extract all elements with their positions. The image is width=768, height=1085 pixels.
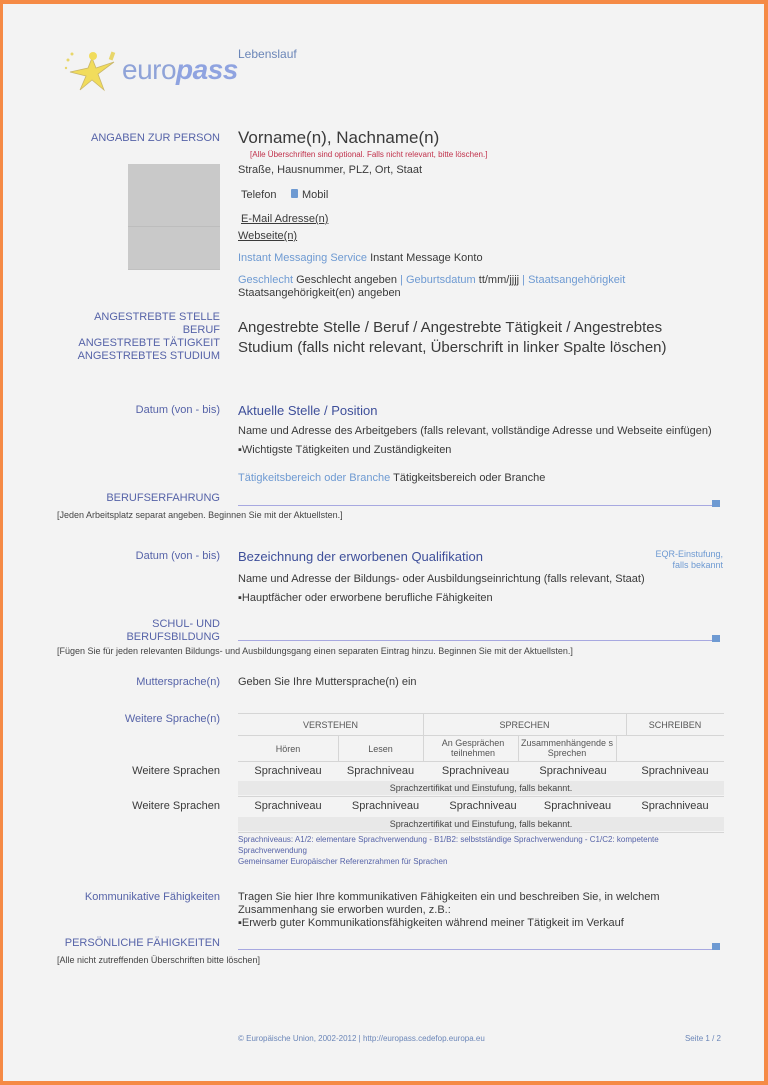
optional-note: [Alle Überschriften sind optional. Falls… [250,150,487,159]
target-line-1: Angestrebte Stelle / Beruf / Angestrebte… [238,318,667,338]
experience-bullet: ▪Wichtigste Tätigkeiten und Zuständigkei… [238,444,451,457]
education-label-1: SCHUL- UND [126,618,220,631]
level-listening[interactable]: Sprachniveau [238,800,338,812]
gender-label: Geschlecht [238,274,293,286]
education-label-2: BERUFSBILDUNG [126,631,220,644]
communication-line-2: Zusammenhang sie erworben wurden, z.B.: [238,904,660,917]
page-number: Seite 1 / 2 [685,1034,721,1043]
education-bullet: ▪Hauptfächer oder erworbene berufliche F… [238,592,493,605]
europass-logo: europass [60,42,230,98]
language-row-label: Weitere Sprachen [132,800,220,813]
target-position: Angestrebte Stelle / Beruf / Angestrebte… [238,318,667,358]
section-marker-icon [712,635,720,642]
sector-value: Tätigkeitsbereich oder Branche [393,472,545,484]
header-writing: SCHREIBEN [626,720,724,730]
subheader-production: Zusammenhängende s Sprechen [520,738,614,758]
address: Straße, Hausnummer, PLZ, Ort, Staat [238,164,422,177]
table-rule [616,735,617,761]
level-reading[interactable]: Sprachniveau [338,765,423,777]
table-rule [238,761,724,762]
target-line-2: Studium (falls nicht relevant, Überschri… [238,338,667,358]
communication-text: Tragen Sie hier Ihre kommunikativen Fähi… [238,891,660,930]
section-label-target: ANGESTREBTE STELLE BERUF ANGESTREBTE TÄT… [78,311,220,363]
footer-copyright[interactable]: © Europäische Union, 2002-2012 | http://… [238,1034,485,1043]
person-name: Vorname(n), Nachname(n) [238,128,439,148]
education-date: Datum (von - bis) [136,550,220,563]
level-reading[interactable]: Sprachniveau [338,800,433,812]
language-certificate: Sprachzertifikat und Einstufung, falls b… [238,781,724,795]
section-marker-icon [712,500,720,507]
communication-bullet: ▪Erwerb guter Kommunikationsfähigkeiten … [238,917,660,930]
im-label: Instant Messaging Service [238,252,367,264]
language-certificate: Sprachzertifikat und Einstufung, falls b… [238,817,724,831]
nationality-label: Staatsangehörigkeit [528,274,625,286]
legend-line-1: Sprachniveaus: A1/2: elementare Sprachve… [238,834,659,845]
mother-tongue-value: Geben Sie Ihre Muttersprache(n) ein [238,676,417,689]
institution: Name und Adresse der Bildungs- oder Ausb… [238,573,645,586]
header-speaking: SPRECHEN [423,720,626,730]
skills-hint: [Alle nicht zutreffenden Überschriften b… [57,955,260,965]
section-divider [238,949,714,950]
im-value: Instant Message Konto [370,252,483,264]
experience-date: Datum (von - bis) [136,404,220,417]
nationality-value: Staatsangehörigkeit(en) angeben [238,287,401,300]
photo-placeholder[interactable] [128,164,220,270]
other-languages-label: Weitere Sprache(n) [125,713,220,726]
target-label-1: ANGESTREBTE STELLE [78,311,220,324]
target-label-4: ANGESTREBTES STUDIUM [78,350,220,363]
level-interaction[interactable]: Sprachniveau [428,765,523,777]
communication-line-1: Tragen Sie hier Ihre kommunikativen Fähi… [238,891,660,904]
target-label-3: ANGESTREBTE TÄTIGKEIT [78,337,220,350]
subheader-reading: Lesen [338,744,423,754]
birthdate-value: tt/mm/jjjj [479,274,519,286]
section-label-experience: BERUFSERFAHRUNG [106,492,220,505]
personal-details-row: Geschlecht Geschlecht angeben | Geburtsd… [238,274,625,287]
separator: | [522,274,525,286]
mobile-phone-icon [291,189,298,198]
level-production[interactable]: Sprachniveau [530,800,625,812]
eqr-level: EQR-Einstufung, falls bekannt [655,549,723,571]
level-listening[interactable]: Sprachniveau [238,765,338,777]
eqr-line-1: EQR-Einstufung, [655,549,723,560]
cefr-link[interactable]: Gemeinsamer Europäischer Referenzrahmen … [238,856,659,867]
section-label-skills: PERSÖNLICHE FÄHIGKEITEN [65,937,220,950]
mobile-label: Mobil [302,189,328,202]
table-rule [238,832,724,833]
header-understanding: VERSTEHEN [238,720,423,730]
phone-label: Telefon [241,189,276,202]
section-divider [238,505,714,506]
table-rule [238,735,724,736]
email-link[interactable]: E-Mail Adresse(n) [241,213,328,226]
target-label-2: BERUF [78,324,220,337]
language-row-label: Weitere Sprachen [132,765,220,778]
level-production[interactable]: Sprachniveau [523,765,623,777]
subheader-listening: Hören [238,744,338,754]
sector-label: Tätigkeitsbereich oder Branche [238,472,390,484]
section-label-person: ANGABEN ZUR PERSON [91,132,220,145]
table-rule [518,735,519,761]
subheader-interaction: An Gesprächen teilnehmen [433,738,513,758]
qualification-title: Bezeichnung der erworbenen Qualifikation [238,549,483,564]
section-marker-icon [712,943,720,950]
communication-label: Kommunikative Fähigkeiten [85,891,220,904]
mother-tongue-label: Muttersprache(n) [136,676,220,689]
table-rule [238,713,724,714]
employer: Name und Adresse des Arbeitgebers (falls… [238,425,712,438]
language-legend: Sprachniveaus: A1/2: elementare Sprachve… [238,834,659,867]
gender-value: Geschlecht angeben [296,274,397,286]
section-divider [238,640,714,641]
document-type: Lebenslauf [238,47,297,61]
section-label-education: SCHUL- UND BERUFSBILDUNG [126,618,220,644]
table-rule [238,796,724,797]
education-hint: [Fügen Sie für jeden relevanten Bildungs… [57,646,573,656]
eqr-line-2: falls bekannt [655,560,723,571]
experience-hint: [Jeden Arbeitsplatz separat angeben. Beg… [57,510,343,520]
level-interaction[interactable]: Sprachniveau [433,800,533,812]
website-link[interactable]: Webseite(n) [238,230,297,243]
separator: | [400,274,403,286]
birthdate-label: Geburtsdatum [406,274,476,286]
sector-row: Tätigkeitsbereich oder Branche Tätigkeit… [238,472,545,485]
logo-wordmark: europass [122,54,238,86]
legend-line-2: Sprachverwendung [238,845,659,856]
level-writing[interactable]: Sprachniveau [626,765,724,777]
experience-title: Aktuelle Stelle / Position [238,403,377,418]
im-row: Instant Messaging Service Instant Messag… [238,252,483,265]
level-writing[interactable]: Sprachniveau [626,800,724,812]
star-figure-icon [62,46,124,96]
